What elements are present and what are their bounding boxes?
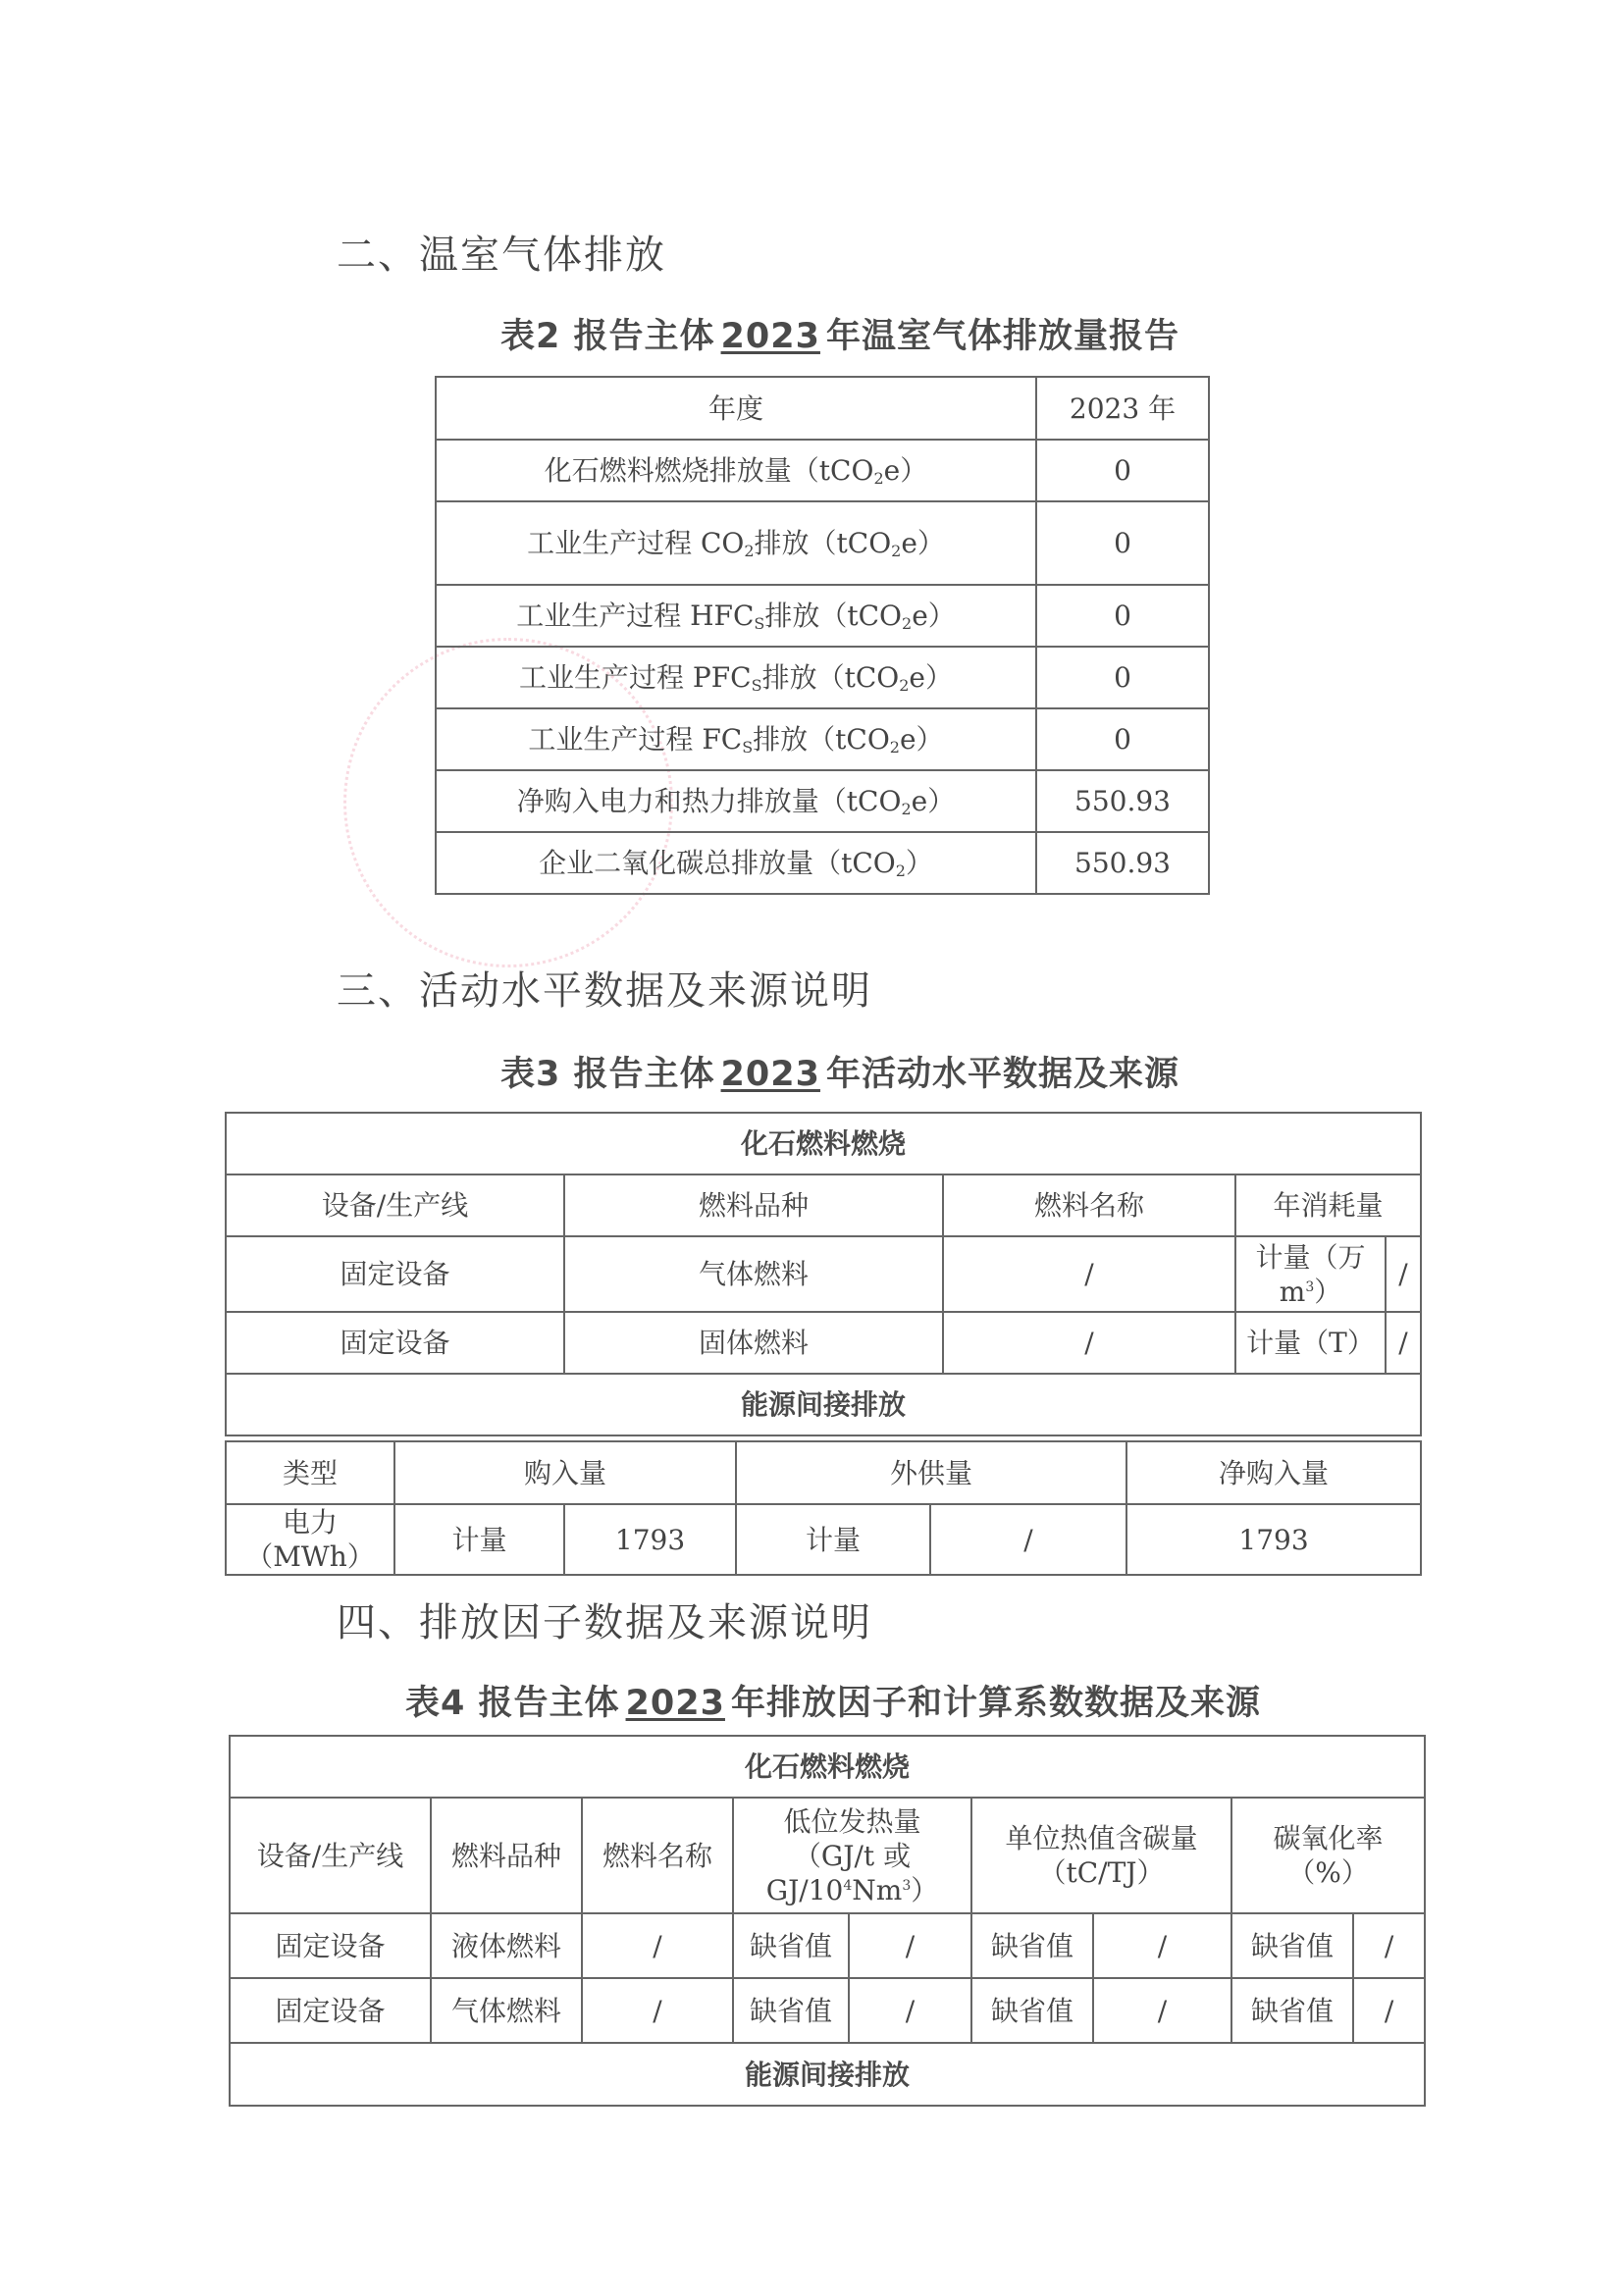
- table-row: 固定设备 气体燃料 / 缺省值 / 缺省值 / 缺省值 /: [230, 1978, 1425, 2043]
- header-fuel-name: 燃料名称: [582, 1798, 733, 1913]
- row-value: 0: [1036, 708, 1209, 770]
- group-title-indirect: 能源间接排放: [230, 2043, 1425, 2106]
- cell-supply-label: 计量: [736, 1504, 930, 1575]
- cell-ncv-source: 缺省值: [733, 1978, 849, 2043]
- table-header-row: 类型 购入量 外供量 净购入量: [226, 1441, 1421, 1504]
- cell-fuel-name: /: [943, 1236, 1235, 1312]
- table3-caption: 表3 报告主体2023年活动水平数据及来源: [500, 1047, 1179, 1096]
- cell-amount: /: [1386, 1236, 1421, 1312]
- cell-fuel-name: /: [582, 1913, 733, 1978]
- header-annual-consumption: 年消耗量: [1235, 1174, 1421, 1236]
- cell-fuel-type: 气体燃料: [431, 1978, 582, 2043]
- row-label: 工业生产过程 CO2排放（tCO2e）: [436, 501, 1036, 585]
- table-header-row: 设备/生产线 燃料品种 燃料名称 低位发热量 （GJ/t 或 GJ/104Nm3…: [230, 1798, 1425, 1913]
- table3-activity-data: 化石燃料燃烧 设备/生产线 燃料品种 燃料名称 年消耗量 固定设备 气体燃料 /…: [225, 1112, 1422, 1436]
- cell-ncv-value: /: [849, 1913, 971, 1978]
- row-value: 0: [1036, 440, 1209, 501]
- table-row: 化石燃料燃烧排放量（tCO2e） 0: [436, 440, 1209, 501]
- header-oxidation-rate: 碳氧化率（%）: [1231, 1798, 1425, 1913]
- table-row: 工业生产过程 CO2排放（tCO2e） 0: [436, 501, 1209, 585]
- row-label: 企业二氧化碳总排放量（tCO2）: [436, 832, 1036, 894]
- group-title-row: 能源间接排放: [230, 2043, 1425, 2106]
- cell-net-purchase: 1793: [1126, 1504, 1421, 1575]
- table-row: 工业生产过程 PFCS排放（tCO2e） 0: [436, 647, 1209, 708]
- table3-indirect-data: 类型 购入量 外供量 净购入量 电力（MWh） 计量 1793 计量 / 179…: [225, 1440, 1422, 1576]
- table-row: 工业生产过程 HFCS排放（tCO2e） 0: [436, 585, 1209, 647]
- group-title-row: 化石燃料燃烧: [226, 1113, 1421, 1174]
- table4-caption: 表4 报告主体2023年排放因子和计算系数数据及来源: [405, 1676, 1261, 1725]
- cell-purchase-value: 1793: [564, 1504, 736, 1575]
- header-equipment: 设备/生产线: [226, 1174, 564, 1236]
- group-title-row: 能源间接排放: [226, 1374, 1421, 1435]
- table-row: 工业生产过程 FCS排放（tCO2e） 0: [436, 708, 1209, 770]
- cell-equipment: 固定设备: [226, 1236, 564, 1312]
- section-heading-factors: 四、排放因子数据及来源说明: [337, 1592, 872, 1647]
- caption-year: 2023: [715, 1055, 826, 1094]
- row-value: 0: [1036, 501, 1209, 585]
- cell-carbon-source: 缺省值: [971, 1978, 1093, 2043]
- cell-type: 电力（MWh）: [226, 1504, 394, 1575]
- group-title-indirect: 能源间接排放: [226, 1374, 1421, 1435]
- header-year-label: 年度: [436, 377, 1036, 440]
- caption-year: 2023: [715, 317, 826, 356]
- header-purchase: 购入量: [394, 1441, 736, 1504]
- table-row: 企业二氧化碳总排放量（tCO2） 550.93: [436, 832, 1209, 894]
- section-heading-activity: 三、活动水平数据及来源说明: [337, 960, 872, 1016]
- cell-equipment: 固定设备: [230, 1913, 431, 1978]
- caption-year: 2023: [620, 1684, 731, 1723]
- group-title-fossil: 化石燃料燃烧: [230, 1736, 1425, 1798]
- cell-equipment: 固定设备: [230, 1978, 431, 2043]
- cell-oxidation-value: /: [1353, 1978, 1425, 2043]
- row-value: 0: [1036, 647, 1209, 708]
- table-row: 电力（MWh） 计量 1793 计量 / 1793: [226, 1504, 1421, 1575]
- row-value: 0: [1036, 585, 1209, 647]
- header-carbon-content: 单位热值含碳量（tC/TJ）: [971, 1798, 1231, 1913]
- cell-fuel-name: /: [943, 1312, 1235, 1374]
- cell-carbon-value: /: [1093, 1913, 1231, 1978]
- header-type: 类型: [226, 1441, 394, 1504]
- group-title-row: 化石燃料燃烧: [230, 1736, 1425, 1798]
- cell-oxidation-source: 缺省值: [1231, 1978, 1353, 2043]
- cell-equipment: 固定设备: [226, 1312, 564, 1374]
- header-year-value: 2023 年: [1036, 377, 1209, 440]
- cell-amount: /: [1386, 1312, 1421, 1374]
- cell-oxidation-value: /: [1353, 1913, 1425, 1978]
- table-header-row: 年度 2023 年: [436, 377, 1209, 440]
- table2-caption: 表2 报告主体2023年温室气体排放量报告: [500, 309, 1179, 358]
- cell-carbon-source: 缺省值: [971, 1913, 1093, 1978]
- row-label: 工业生产过程 HFCS排放（tCO2e）: [436, 585, 1036, 647]
- header-net-purchase: 净购入量: [1126, 1441, 1421, 1504]
- table2-ghg-emissions: 年度 2023 年 化石燃料燃烧排放量（tCO2e） 0 工业生产过程 CO2排…: [435, 376, 1210, 895]
- row-label: 工业生产过程 PFCS排放（tCO2e）: [436, 647, 1036, 708]
- table4-emission-factors: 化石燃料燃烧 设备/生产线 燃料品种 燃料名称 低位发热量 （GJ/t 或 GJ…: [229, 1735, 1426, 2107]
- cell-unit: 计量（T）: [1235, 1312, 1386, 1374]
- cell-fuel-name: /: [582, 1978, 733, 2043]
- cell-fuel-type: 固体燃料: [564, 1312, 943, 1374]
- header-ncv: 低位发热量 （GJ/t 或 GJ/104Nm3）: [733, 1798, 971, 1913]
- row-label: 化石燃料燃烧排放量（tCO2e）: [436, 440, 1036, 501]
- row-label: 工业生产过程 FCS排放（tCO2e）: [436, 708, 1036, 770]
- table-header-row: 设备/生产线 燃料品种 燃料名称 年消耗量: [226, 1174, 1421, 1236]
- cell-supply-value: /: [930, 1504, 1126, 1575]
- header-supply: 外供量: [736, 1441, 1126, 1504]
- cell-carbon-value: /: [1093, 1978, 1231, 2043]
- cell-fuel-type: 气体燃料: [564, 1236, 943, 1312]
- table-row: 净购入电力和热力排放量（tCO2e） 550.93: [436, 770, 1209, 832]
- cell-ncv-value: /: [849, 1978, 971, 2043]
- header-fuel-type: 燃料品种: [564, 1174, 943, 1236]
- cell-unit: 计量（万m3）: [1235, 1236, 1386, 1312]
- row-value: 550.93: [1036, 770, 1209, 832]
- row-value: 550.93: [1036, 832, 1209, 894]
- table-row: 固定设备 液体燃料 / 缺省值 / 缺省值 / 缺省值 /: [230, 1913, 1425, 1978]
- group-title-fossil: 化石燃料燃烧: [226, 1113, 1421, 1174]
- section-heading-ghg: 二、温室气体排放: [337, 224, 666, 280]
- cell-oxidation-source: 缺省值: [1231, 1913, 1353, 1978]
- cell-fuel-type: 液体燃料: [431, 1913, 582, 1978]
- cell-ncv-source: 缺省值: [733, 1913, 849, 1978]
- table-row: 固定设备 气体燃料 / 计量（万m3） /: [226, 1236, 1421, 1312]
- header-fuel-type: 燃料品种: [431, 1798, 582, 1913]
- header-equipment: 设备/生产线: [230, 1798, 431, 1913]
- table-row: 固定设备 固体燃料 / 计量（T） /: [226, 1312, 1421, 1374]
- row-label: 净购入电力和热力排放量（tCO2e）: [436, 770, 1036, 832]
- header-fuel-name: 燃料名称: [943, 1174, 1235, 1236]
- cell-purchase-label: 计量: [394, 1504, 564, 1575]
